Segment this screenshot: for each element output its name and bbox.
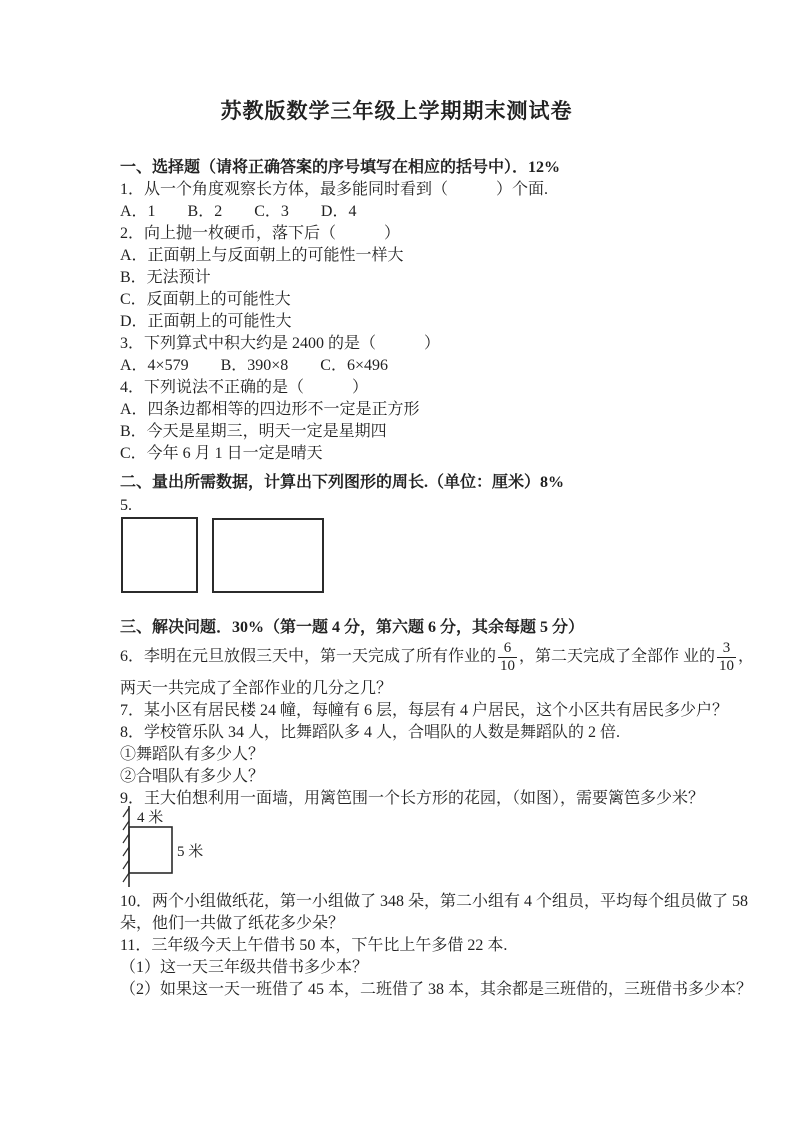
q6-text-part3: ，: [738, 646, 754, 668]
q5-square-figure: [121, 517, 198, 593]
q3-options: A．4×579 B．390×8 C．6×496: [120, 355, 760, 377]
q8-stem: 8．学校管乐队 34 人，比舞蹈队多 4 人，合唱队的人数是舞蹈队的 2 倍.: [120, 722, 770, 744]
q7-stem: 7．某小区有居民楼 24 幢，每幢有 6 层，每层有 4 户居民，这个小区共有居…: [120, 700, 770, 722]
q5-rectangle-figure: [212, 518, 324, 593]
q6-stem-line2: 两天一共完成了全部作业的几分之几？: [120, 678, 760, 700]
q10-q11-lines: 10．两个小组做纸花，第一小组做了 348 朵，第二小组有 4 个组员，平均每个…: [120, 891, 775, 1001]
q11-subquestion-1: （1）这一天三年级共借书多少本？: [120, 957, 775, 979]
fraction-numerator: 3: [721, 640, 733, 657]
test-paper-page: 苏教版数学三年级上学期期末测试卷 一、选择题（请将正确答案的序号填写在相应的括号…: [0, 0, 793, 1122]
fraction-3-10: 3 10: [717, 640, 736, 674]
q1-options: A．1 B．2 C．3 D．4: [120, 201, 760, 223]
q8-subquestion-1: ①舞蹈队有多少人？: [120, 744, 770, 766]
page-title: 苏教版数学三年级上学期期末测试卷: [0, 95, 793, 125]
section-1-header: 一、选择题（请将正确答案的序号填写在相应的括号中）．12%: [120, 157, 760, 179]
garden-height-label: 5 米: [177, 843, 203, 860]
q4-option-a: A．四条边都相等的四边形不一定是正方形: [120, 399, 760, 421]
q6-stem-line: 6．李明在元旦放假三天中，第一天完成了所有作业的 6 10 ，第二天完成了全部作…: [120, 636, 780, 678]
q1-stem: 1．从一个角度观察长方体，最多能同时看到（ ）个面.: [120, 179, 760, 201]
q9-garden-diagram: 4 米 5 米: [122, 805, 262, 893]
q6-text-part1: 6．李明在元旦放假三天中，第一天完成了所有作业的: [120, 646, 496, 668]
q4-option-c: C．今年 6 月 1 日一定是晴天: [120, 443, 760, 465]
q2-stem: 2．向上抛一枚硬币，落下后（ ）: [120, 223, 760, 245]
q2-option-a: A．正面朝上与反面朝上的可能性一样大: [120, 245, 760, 267]
q7-q9-lines: 7．某小区有居民楼 24 幢，每幢有 6 层，每层有 4 户居民，这个小区共有居…: [120, 700, 770, 810]
q4-stem: 4．下列说法不正确的是（ ）: [120, 377, 760, 399]
q2-option-b: B．无法预计: [120, 267, 760, 289]
q5-figures-row: [121, 517, 324, 593]
garden-width-label: 4 米: [137, 809, 163, 826]
q11-stem: 11．三年级今天上午借书 50 本，下午比上午多借 22 本.: [120, 935, 775, 957]
q11-subquestion-2: （2）如果这一天一班借了 45 本，二班借了 38 本，其余都是三班借的，三班借…: [120, 979, 775, 1001]
section-2-header: 二、量出所需数据，计算出下列图形的周长.（单位：厘米）8%: [120, 472, 760, 494]
fraction-denominator: 10: [717, 657, 736, 675]
q3-stem: 3．下列算式中积大约是 2400 的是（ ）: [120, 333, 760, 355]
wall-hatching: [123, 808, 129, 882]
fraction-denominator: 10: [498, 657, 517, 675]
q4-option-b: B．今天是星期三，明天一定是星期四: [120, 421, 760, 443]
q10-stem-line1: 10．两个小组做纸花，第一小组做了 348 朵，第二小组有 4 个组员，平均每个…: [120, 891, 775, 913]
garden-rectangle: [129, 827, 172, 873]
fraction-numerator: 6: [502, 640, 514, 657]
q2-option-d: D．正面朝上的可能性大: [120, 311, 760, 333]
q2-option-c: C．反面朝上的可能性大: [120, 289, 760, 311]
section-choice-questions: 一、选择题（请将正确答案的序号填写在相应的括号中）．12% 1．从一个角度观察长…: [120, 157, 760, 465]
fraction-6-10: 6 10: [498, 640, 517, 674]
q10-stem-line2: 朵，他们一共做了纸花多少朵？: [120, 913, 775, 935]
q5-number-label: 5.: [120, 495, 132, 517]
q8-subquestion-2: ②合唱队有多少人？: [120, 766, 770, 788]
q6-text-part2: ，第二天完成了全部作 业的: [519, 646, 715, 668]
